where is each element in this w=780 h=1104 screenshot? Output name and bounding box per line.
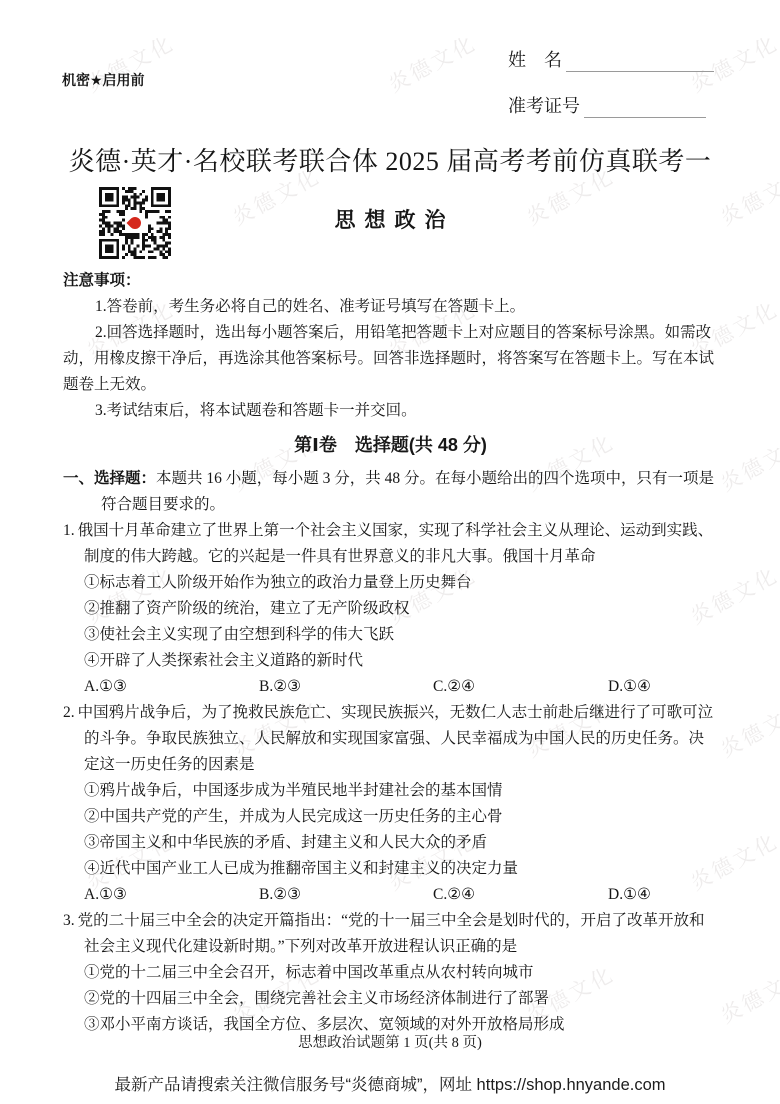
notice-heading: 注意事项：	[63, 268, 718, 294]
question-3-item-1: ①党的十二届三中全会召开，标志着中国改革重点从农村转向城市	[84, 960, 718, 986]
question-1-item-1: ①标志着工人阶级开始作为独立的政治力量登上历史舞台	[84, 570, 718, 596]
name-blank-line	[566, 51, 714, 72]
question-number: 3.	[63, 912, 78, 929]
exam-paper-page: 炎德文化炎德文化炎德文化炎德文化炎德文化炎德文化炎德文化炎德文化炎德文化炎德文化…	[0, 0, 780, 1104]
instruction-prefix: 一、选择题：	[63, 470, 156, 487]
question-2: 2.中国鸦片战争后，为了挽救民族危亡、实现民族振兴，无数仁人志士前赴后继进行了可…	[63, 700, 718, 908]
question-2-options: A.①③ B.②③ C.②④ D.①④	[84, 882, 718, 908]
notice-item-1: 1.答卷前，考生务必将自己的姓名、准考证号填写在答题卡上。	[63, 294, 718, 320]
option-d: D.①④	[608, 674, 651, 700]
question-1-item-3: ③使社会主义实现了由空想到科学的伟大飞跃	[84, 622, 718, 648]
paper-body: 注意事项： 1.答卷前，考生务必将自己的姓名、准考证号填写在答题卡上。 2.回答…	[63, 268, 718, 1038]
option-a: A.①③	[84, 674, 259, 700]
page-number: 思想政治试题第 1 页(共 8 页)	[0, 1031, 780, 1052]
question-1-options: A.①③ B.②③ C.②④ D.①④	[84, 674, 718, 700]
admission-field-row: 准考证号	[508, 92, 706, 118]
question-number: 1.	[63, 522, 78, 539]
question-1-stem: 1.俄国十月革命建立了世界上第一个社会主义国家，实现了科学社会主义从理论、运动到…	[84, 518, 718, 570]
question-2-item-4: ④近代中国产业工人已成为推翻帝国主义和封建主义的决定力量	[84, 856, 718, 882]
question-1: 1.俄国十月革命建立了世界上第一个社会主义国家，实现了科学社会主义从理论、运动到…	[63, 518, 718, 700]
option-b: B.②③	[259, 882, 433, 908]
question-number: 2.	[63, 704, 78, 721]
name-label: 姓 名	[508, 46, 562, 72]
question-2-item-3: ③帝国主义和中华民族的矛盾、封建主义和人民大众的矛盾	[84, 830, 718, 856]
question-3-stem: 3.党的二十届三中全会的决定开篇指出：“党的十一届三中全会是划时代的，开启了改革…	[84, 908, 718, 960]
admission-blank-line	[584, 97, 706, 118]
secrecy-label: 机密★启用前	[62, 70, 145, 90]
question-2-item-1: ①鸦片战争后，中国逐步成为半殖民地半封建社会的基本国情	[84, 778, 718, 804]
option-a: A.①③	[84, 882, 259, 908]
exam-title: 炎德·英才·名校联考联合体 2025 届高考考前仿真联考一	[0, 141, 780, 178]
section-instruction: 一、选择题：本题共 16 小题，每小题 3 分，共 48 分。在每小题给出的四个…	[63, 466, 718, 518]
notice-item-2: 2.回答选择题时，选出每小题答案后，用铅笔把答题卡上对应题目的答案标号涂黑。如需…	[63, 320, 718, 398]
question-2-stem: 2.中国鸦片战争后，为了挽救民族危亡、实现民族振兴，无数仁人志士前赴后继进行了可…	[84, 700, 718, 778]
option-c: C.②④	[433, 882, 608, 908]
promo-line: 最新产品请搜索关注微信服务号“炎德商城”，网址 https://shop.hny…	[0, 1071, 780, 1095]
name-field-row: 姓 名	[508, 46, 714, 72]
admission-number-label: 准考证号	[508, 92, 580, 118]
question-1-item-2: ②推翻了资产阶级的统治，建立了无产阶级政权	[84, 596, 718, 622]
option-b: B.②③	[259, 674, 433, 700]
question-1-item-4: ④开辟了人类探索社会主义道路的新时代	[84, 648, 718, 674]
question-3-item-2: ②党的十四届三中全会，围绕完善社会主义市场经济体制进行了部署	[84, 986, 718, 1012]
subject-title: 思想政治	[0, 204, 780, 234]
instruction-text: 本题共 16 小题，每小题 3 分，共 48 分。在每小题给出的四个选项中，只有…	[101, 470, 714, 513]
question-2-item-2: ②中国共产党的产生，并成为人民完成这一历史任务的主心骨	[84, 804, 718, 830]
question-3: 3.党的二十届三中全会的决定开篇指出：“党的十一届三中全会是划时代的，开启了改革…	[63, 908, 718, 1038]
notice-item-3: 3.考试结束后，将本试题卷和答题卡一并交回。	[63, 398, 718, 424]
section-title: 第Ⅰ卷 选择题(共 48 分)	[63, 432, 718, 458]
option-c: C.②④	[433, 674, 608, 700]
option-d: D.①④	[608, 882, 651, 908]
